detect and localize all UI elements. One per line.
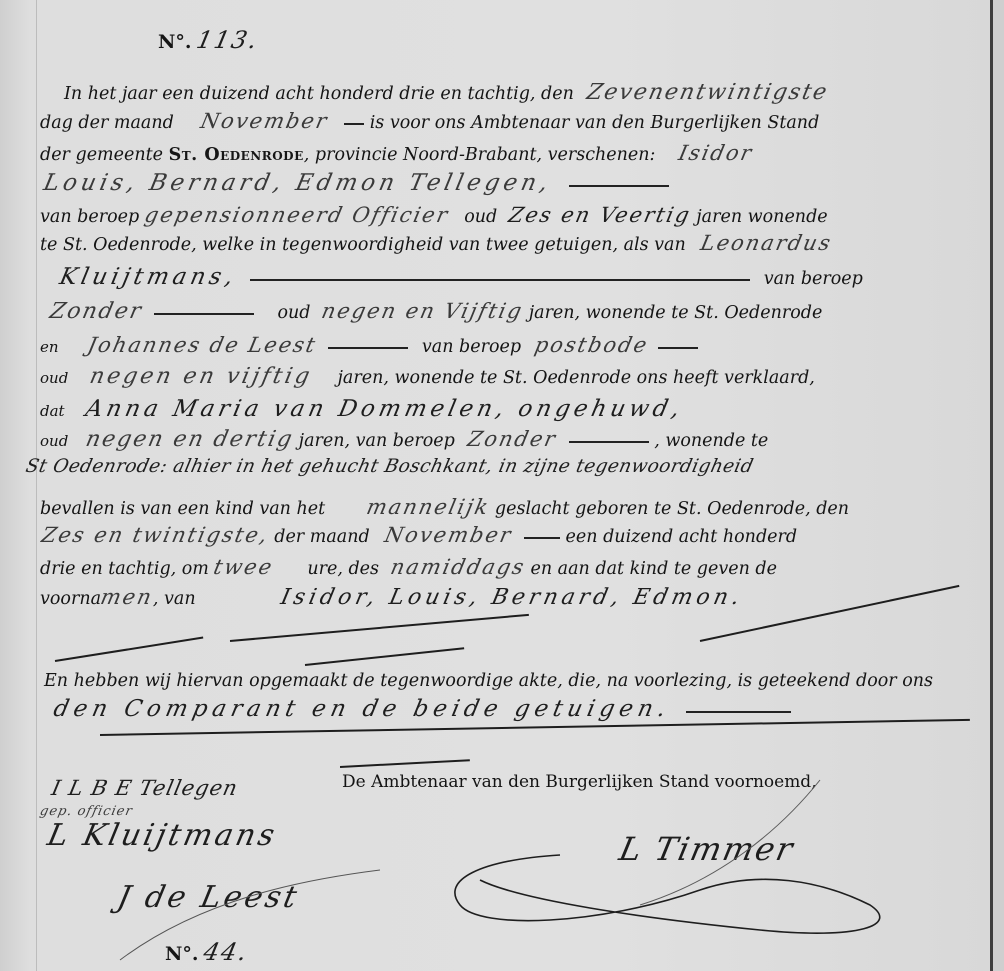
- register-page: N°. 113. In het jaar een duizend acht ho…: [0, 0, 1004, 971]
- signature-flourish: [0, 0, 1004, 971]
